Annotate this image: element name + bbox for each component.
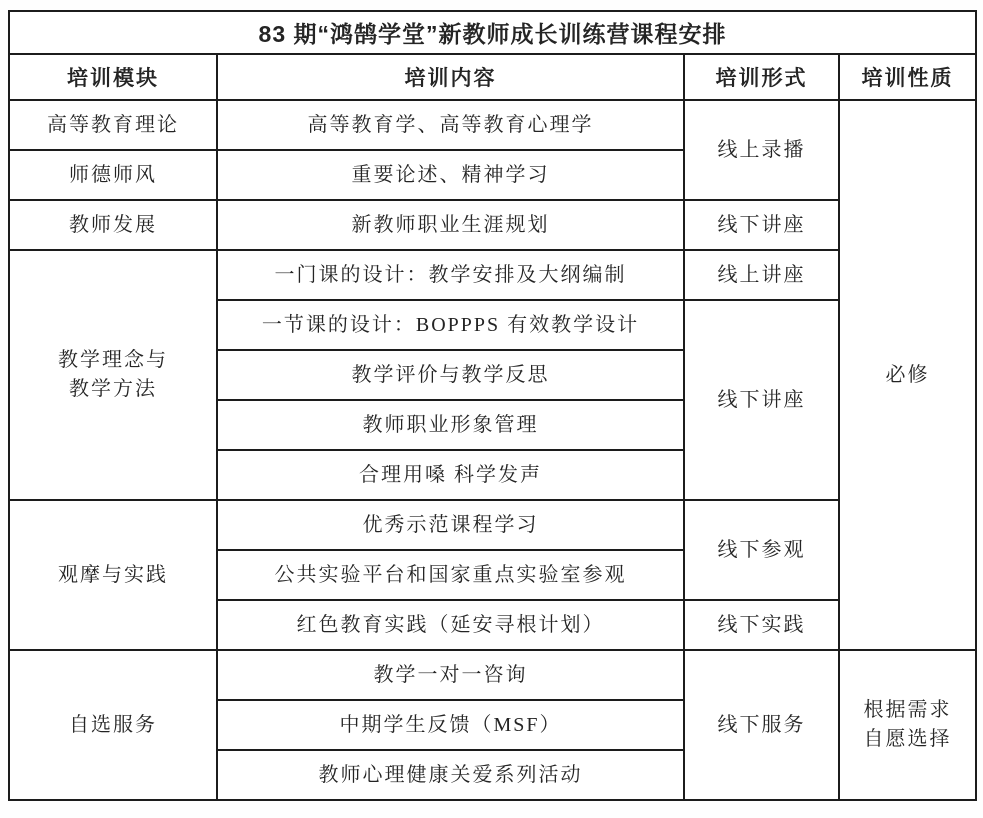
nature-cell: 根据需求 自愿选择 (839, 650, 976, 800)
content-cell: 重要论述、精神学习 (217, 150, 684, 200)
content-cell: 新教师职业生涯规划 (217, 200, 684, 250)
content-cell: 教学一对一咨询 (217, 650, 684, 700)
module-cell: 高等教育理论 (9, 100, 217, 150)
content-cell: 教学评价与教学反思 (217, 350, 684, 400)
content-cell: 一门课的设计：教学安排及大纲编制 (217, 250, 684, 300)
document-page: 83 期“鸿鹄学堂”新教师成长训练营课程安排 培训模块 培训内容 培训形式 培训… (0, 0, 983, 818)
format-cell: 线下讲座 (684, 200, 839, 250)
table-row: 自选服务 教学一对一咨询 线下服务 根据需求 自愿选择 (9, 650, 976, 700)
table-row: 观摩与实践 优秀示范课程学习 线下参观 (9, 500, 976, 550)
format-cell: 线下服务 (684, 650, 839, 800)
col-header-module: 培训模块 (9, 54, 217, 100)
format-cell: 线上讲座 (684, 250, 839, 300)
header-row: 培训模块 培训内容 培训形式 培训性质 (9, 54, 976, 100)
content-cell: 公共实验平台和国家重点实验室参观 (217, 550, 684, 600)
format-cell: 线下讲座 (684, 300, 839, 500)
content-cell: 教师职业形象管理 (217, 400, 684, 450)
module-cell: 教师发展 (9, 200, 217, 250)
content-cell: 中期学生反馈（MSF） (217, 700, 684, 750)
module-cell: 自选服务 (9, 650, 217, 800)
module-cell: 师德师风 (9, 150, 217, 200)
format-cell: 线下实践 (684, 600, 839, 650)
col-header-nature: 培训性质 (839, 54, 976, 100)
format-cell: 线下参观 (684, 500, 839, 600)
course-schedule-table: 83 期“鸿鹄学堂”新教师成长训练营课程安排 培训模块 培训内容 培训形式 培训… (8, 10, 977, 801)
title-row: 83 期“鸿鹄学堂”新教师成长训练营课程安排 (9, 11, 976, 54)
content-cell: 红色教育实践（延安寻根计划） (217, 600, 684, 650)
col-header-content: 培训内容 (217, 54, 684, 100)
format-cell: 线上录播 (684, 100, 839, 200)
table-row: 教师发展 新教师职业生涯规划 线下讲座 (9, 200, 976, 250)
module-cell: 教学理念与 教学方法 (9, 250, 217, 500)
table-title: 83 期“鸿鹄学堂”新教师成长训练营课程安排 (9, 11, 976, 54)
module-cell: 观摩与实践 (9, 500, 217, 650)
content-cell: 高等教育学、高等教育心理学 (217, 100, 684, 150)
content-cell: 优秀示范课程学习 (217, 500, 684, 550)
content-cell: 一节课的设计：BOPPPS 有效教学设计 (217, 300, 684, 350)
table-row: 教学理念与 教学方法 一门课的设计：教学安排及大纲编制 线上讲座 (9, 250, 976, 300)
table-row: 高等教育理论 高等教育学、高等教育心理学 线上录播 必修 (9, 100, 976, 150)
content-cell: 教师心理健康关爱系列活动 (217, 750, 684, 800)
content-cell: 合理用嗓 科学发声 (217, 450, 684, 500)
col-header-format: 培训形式 (684, 54, 839, 100)
nature-cell: 必修 (839, 100, 976, 650)
